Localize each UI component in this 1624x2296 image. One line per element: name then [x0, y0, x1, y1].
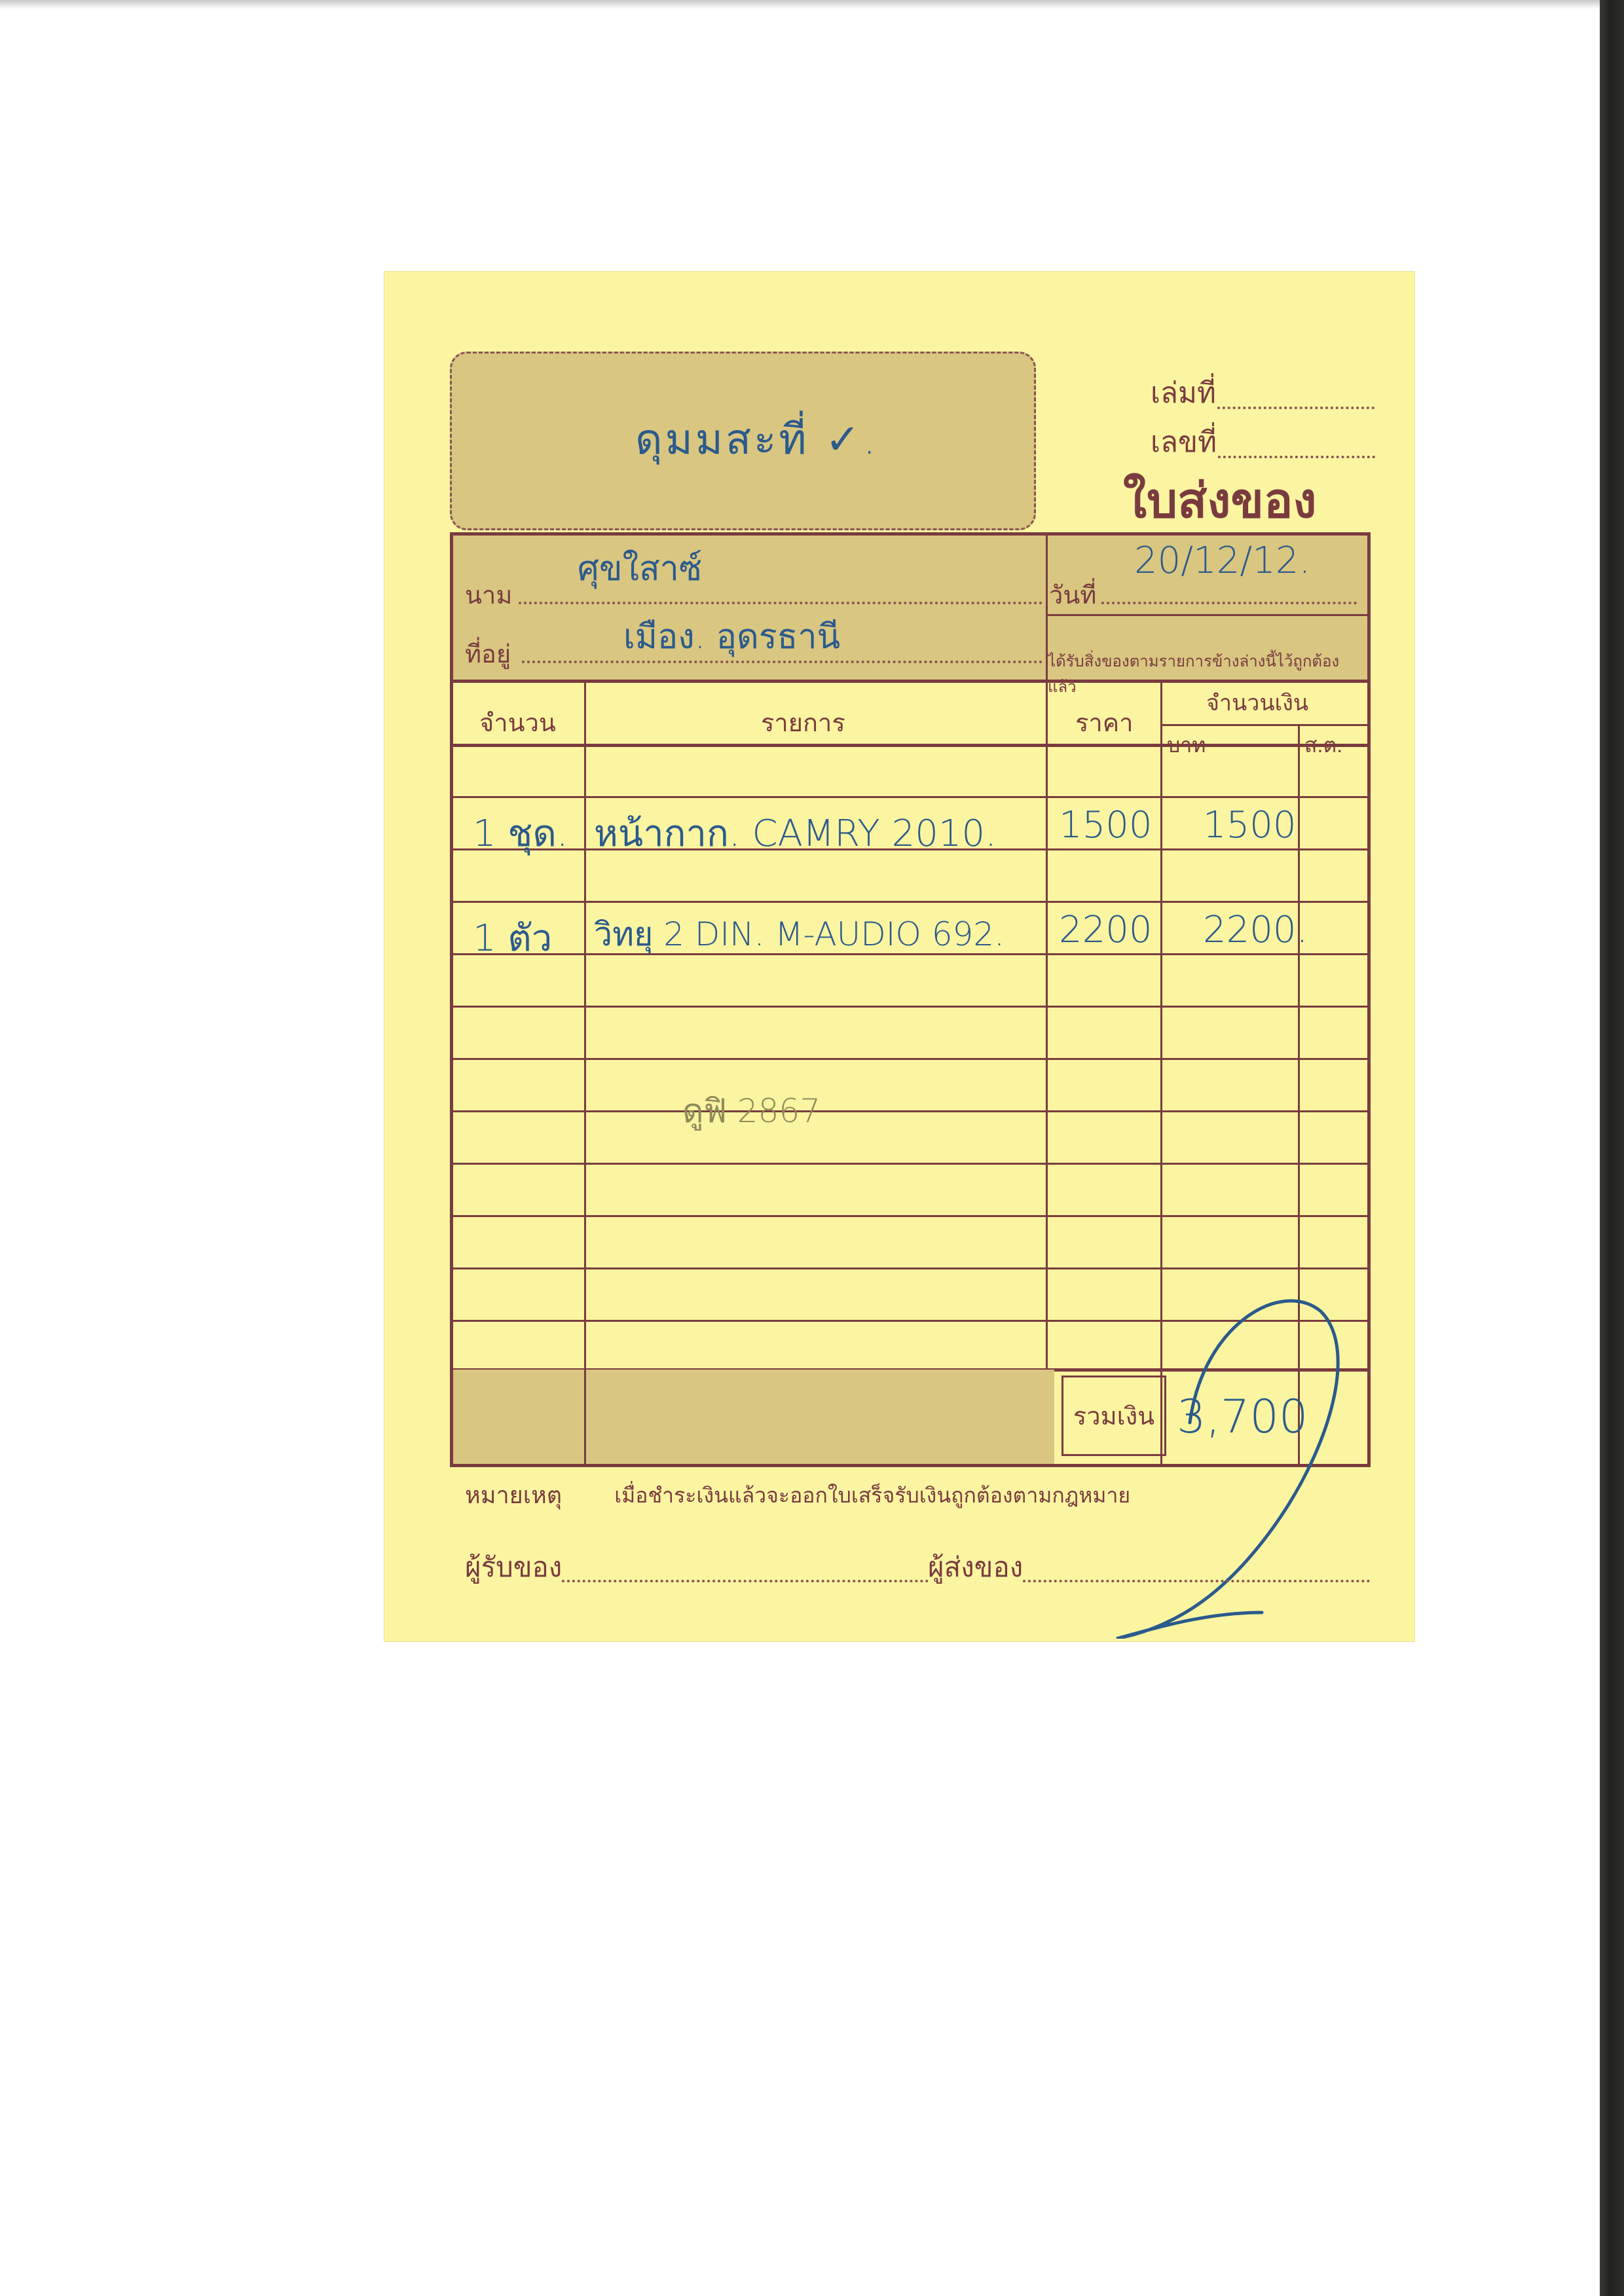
stamp-handwriting: ดุมมสะที่ ✓. — [635, 406, 879, 473]
row-line — [453, 1110, 1367, 1112]
pencil-note: ดูฟิ 2867 — [682, 1085, 821, 1137]
customer-address: เมือง. อุดรธานี — [623, 609, 840, 663]
header-qty: จำนวน — [479, 702, 556, 742]
delivery-date: 20/12/12. — [1134, 539, 1310, 582]
row-line — [453, 1006, 1367, 1008]
row2-baht: 2200. — [1203, 909, 1308, 951]
sender-signature-field: ผู้ส่งของ — [928, 1546, 1370, 1589]
items-table: นาม ศุขใสาซ์ ที่อยู่ เมือง. อุดรธานี วัน… — [450, 532, 1371, 1467]
book-number-dots — [1217, 406, 1375, 409]
name-label: นาม — [465, 575, 512, 615]
shop-stamp-box: ดุมมสะที่ ✓. — [450, 352, 1036, 530]
date-dots — [1101, 601, 1357, 604]
row1-description: หน้ากาก. CAMRY 2010. — [594, 804, 997, 862]
scan-top-shadow — [0, 0, 1600, 9]
row1-qty: 1 ชุด. — [473, 804, 568, 862]
amount-subheader-line — [1160, 724, 1367, 726]
remark-line: หมายเหตุ เมื่อชำระเงินแล้วจะออกใบเสร็จรั… — [465, 1476, 1130, 1514]
row1-baht: 1500 — [1203, 804, 1297, 847]
header-price: ราคา — [1075, 702, 1134, 742]
book-number-field: เล่มที่ — [1151, 370, 1375, 416]
customer-name: ศุขใสาซ์ — [578, 541, 702, 595]
receiver-dots — [562, 1579, 929, 1582]
row2-price: 2200 — [1059, 909, 1153, 951]
row1-price: 1500 — [1059, 804, 1153, 847]
name-dots — [519, 601, 1043, 604]
sender-dots — [1023, 1579, 1370, 1582]
header-amount: จำนวนเงิน — [1206, 685, 1308, 720]
book-number-label: เล่มที่ — [1151, 370, 1216, 416]
header-bottom-line — [453, 744, 1367, 747]
sender-label: ผู้ส่งของ — [928, 1546, 1023, 1589]
delivery-note-sheet: ดุมมสะที่ ✓. เล่มที่ เลขที่ ใบส่งของ นาม… — [384, 272, 1414, 1641]
divider-qty — [584, 681, 586, 1464]
total-shaded-area — [453, 1370, 1054, 1464]
doc-number-field: เลขที่ — [1151, 419, 1375, 465]
row-line — [453, 1163, 1367, 1165]
row-line — [453, 1058, 1367, 1060]
date-divider — [1046, 614, 1367, 616]
receiver-label: ผู้รับของ — [465, 1546, 562, 1589]
row-line — [453, 901, 1367, 903]
doc-number-label: เลขที่ — [1151, 419, 1217, 465]
divider-qty-total — [584, 1370, 586, 1464]
scanner-edge-strip — [1600, 0, 1624, 2296]
document-title: ใบส่งของ — [1123, 462, 1317, 539]
row-line — [453, 1267, 1367, 1269]
header-description: รายการ — [761, 702, 845, 742]
receiver-signature-field: ผู้รับของ — [465, 1546, 929, 1589]
row2-description: วิทยุ 2 DIN. M-AUDIO 692. — [594, 909, 1005, 960]
date-label: วันที่ — [1049, 575, 1096, 615]
doc-number-dots — [1218, 455, 1375, 458]
row-line — [453, 796, 1367, 798]
row-line — [453, 1215, 1367, 1217]
remark-label: หมายเหตุ — [465, 1476, 562, 1514]
address-label: ที่อยู่ — [465, 634, 511, 674]
header-top-line — [453, 680, 1367, 683]
remark-text: เมื่อชำระเงินแล้วจะออกใบเสร็จรับเงินถูกต… — [614, 1476, 1130, 1514]
row2-qty: 1 ตัว — [473, 909, 552, 967]
